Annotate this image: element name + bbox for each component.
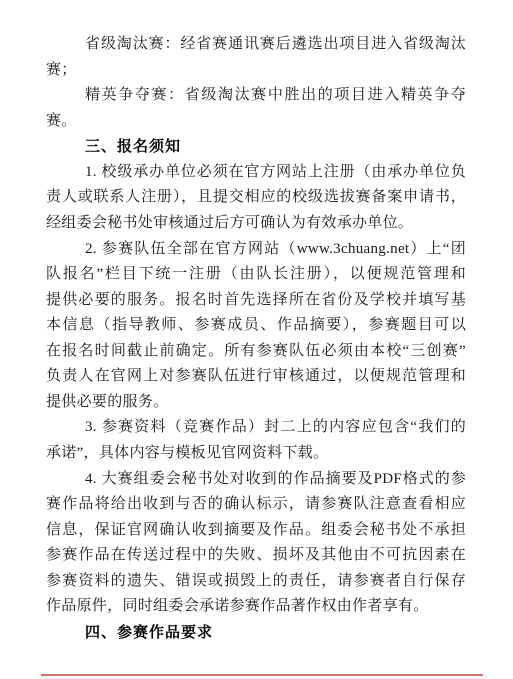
paragraph-line: 作品原件，同时组委会承诺参赛作品著作权由作者享有。 [46, 594, 466, 620]
paragraph-line: 队报名”栏目下统一注册（由队长注册），以便规范管理和 [46, 262, 466, 288]
paragraph-line: 赛。 [46, 109, 466, 135]
paragraph-line: 参赛资料的遗失、错误或损毁上的责任，请参赛者自行保存 [46, 569, 466, 595]
document-body: 省级淘汰赛：经省赛通讯赛后遴选出项目进入省级淘汰赛；精英争夺赛：省级淘汰赛中胜出… [46, 32, 466, 646]
paragraph-line: 赛作品将给出收到与否的确认标示，请参赛队注意查看相应 [46, 492, 466, 518]
paragraph-line: 2. 参赛队伍全部在官方网站（www.3chuang.net）上“团 [46, 237, 466, 263]
paragraph-line: 4. 大赛组委会秘书处对收到的作品摘要及PDF格式的参 [46, 467, 466, 493]
paragraph-line: 责人或联系人注册），且提交相应的校级选拔赛备案申请书， [46, 185, 466, 211]
paragraph-line: 在报名时间截止前确定。所有参赛队伍必须由本校“三创赛” [46, 339, 466, 365]
paragraph-line: 1. 校级承办单位必须在官方网站上注册（由承办单位负 [46, 160, 466, 186]
section-heading: 四、参赛作品要求 [46, 620, 466, 646]
paragraph-line: 提供必要的服务。 [46, 390, 466, 416]
paragraph-line: 经组委会秘书处审核通过后方可确认为有效承办单位。 [46, 211, 466, 237]
paragraph-line: 本信息（指导教师、参赛成员、作品摘要），参赛题目可以 [46, 313, 466, 339]
paragraph-line: 3. 参赛资料（竞赛作品）封二上的内容应包含“我们的 [46, 415, 466, 441]
paragraph-line: 省级淘汰赛：经省赛通讯赛后遴选出项目进入省级淘汰 [46, 32, 466, 58]
paragraph-line: 承诺”，具体内容与模板见官网资料下载。 [46, 441, 466, 467]
paragraph-line: 负责人在官网上对参赛队伍进行审核通过，以便规范管理和 [46, 364, 466, 390]
paragraph-line: 精英争夺赛：省级淘汰赛中胜出的项目进入精英争夺 [46, 83, 466, 109]
paragraph-line: 赛； [46, 58, 466, 84]
document-page: 省级淘汰赛：经省赛通讯赛后遴选出项目进入省级淘汰赛；精英争夺赛：省级淘汰赛中胜出… [0, 0, 513, 679]
paragraph-line: 参赛作品在传送过程中的失败、损坏及其他由不可抗因素在 [46, 543, 466, 569]
paragraph-line: 提供必要的服务。报名时首先选择所在省份及学校并填写基 [46, 288, 466, 314]
footer-rule [41, 674, 483, 676]
section-heading: 三、报名须知 [46, 134, 466, 160]
paragraph-line: 信息，保证官网确认收到摘要及作品。组委会秘书处不承担 [46, 518, 466, 544]
